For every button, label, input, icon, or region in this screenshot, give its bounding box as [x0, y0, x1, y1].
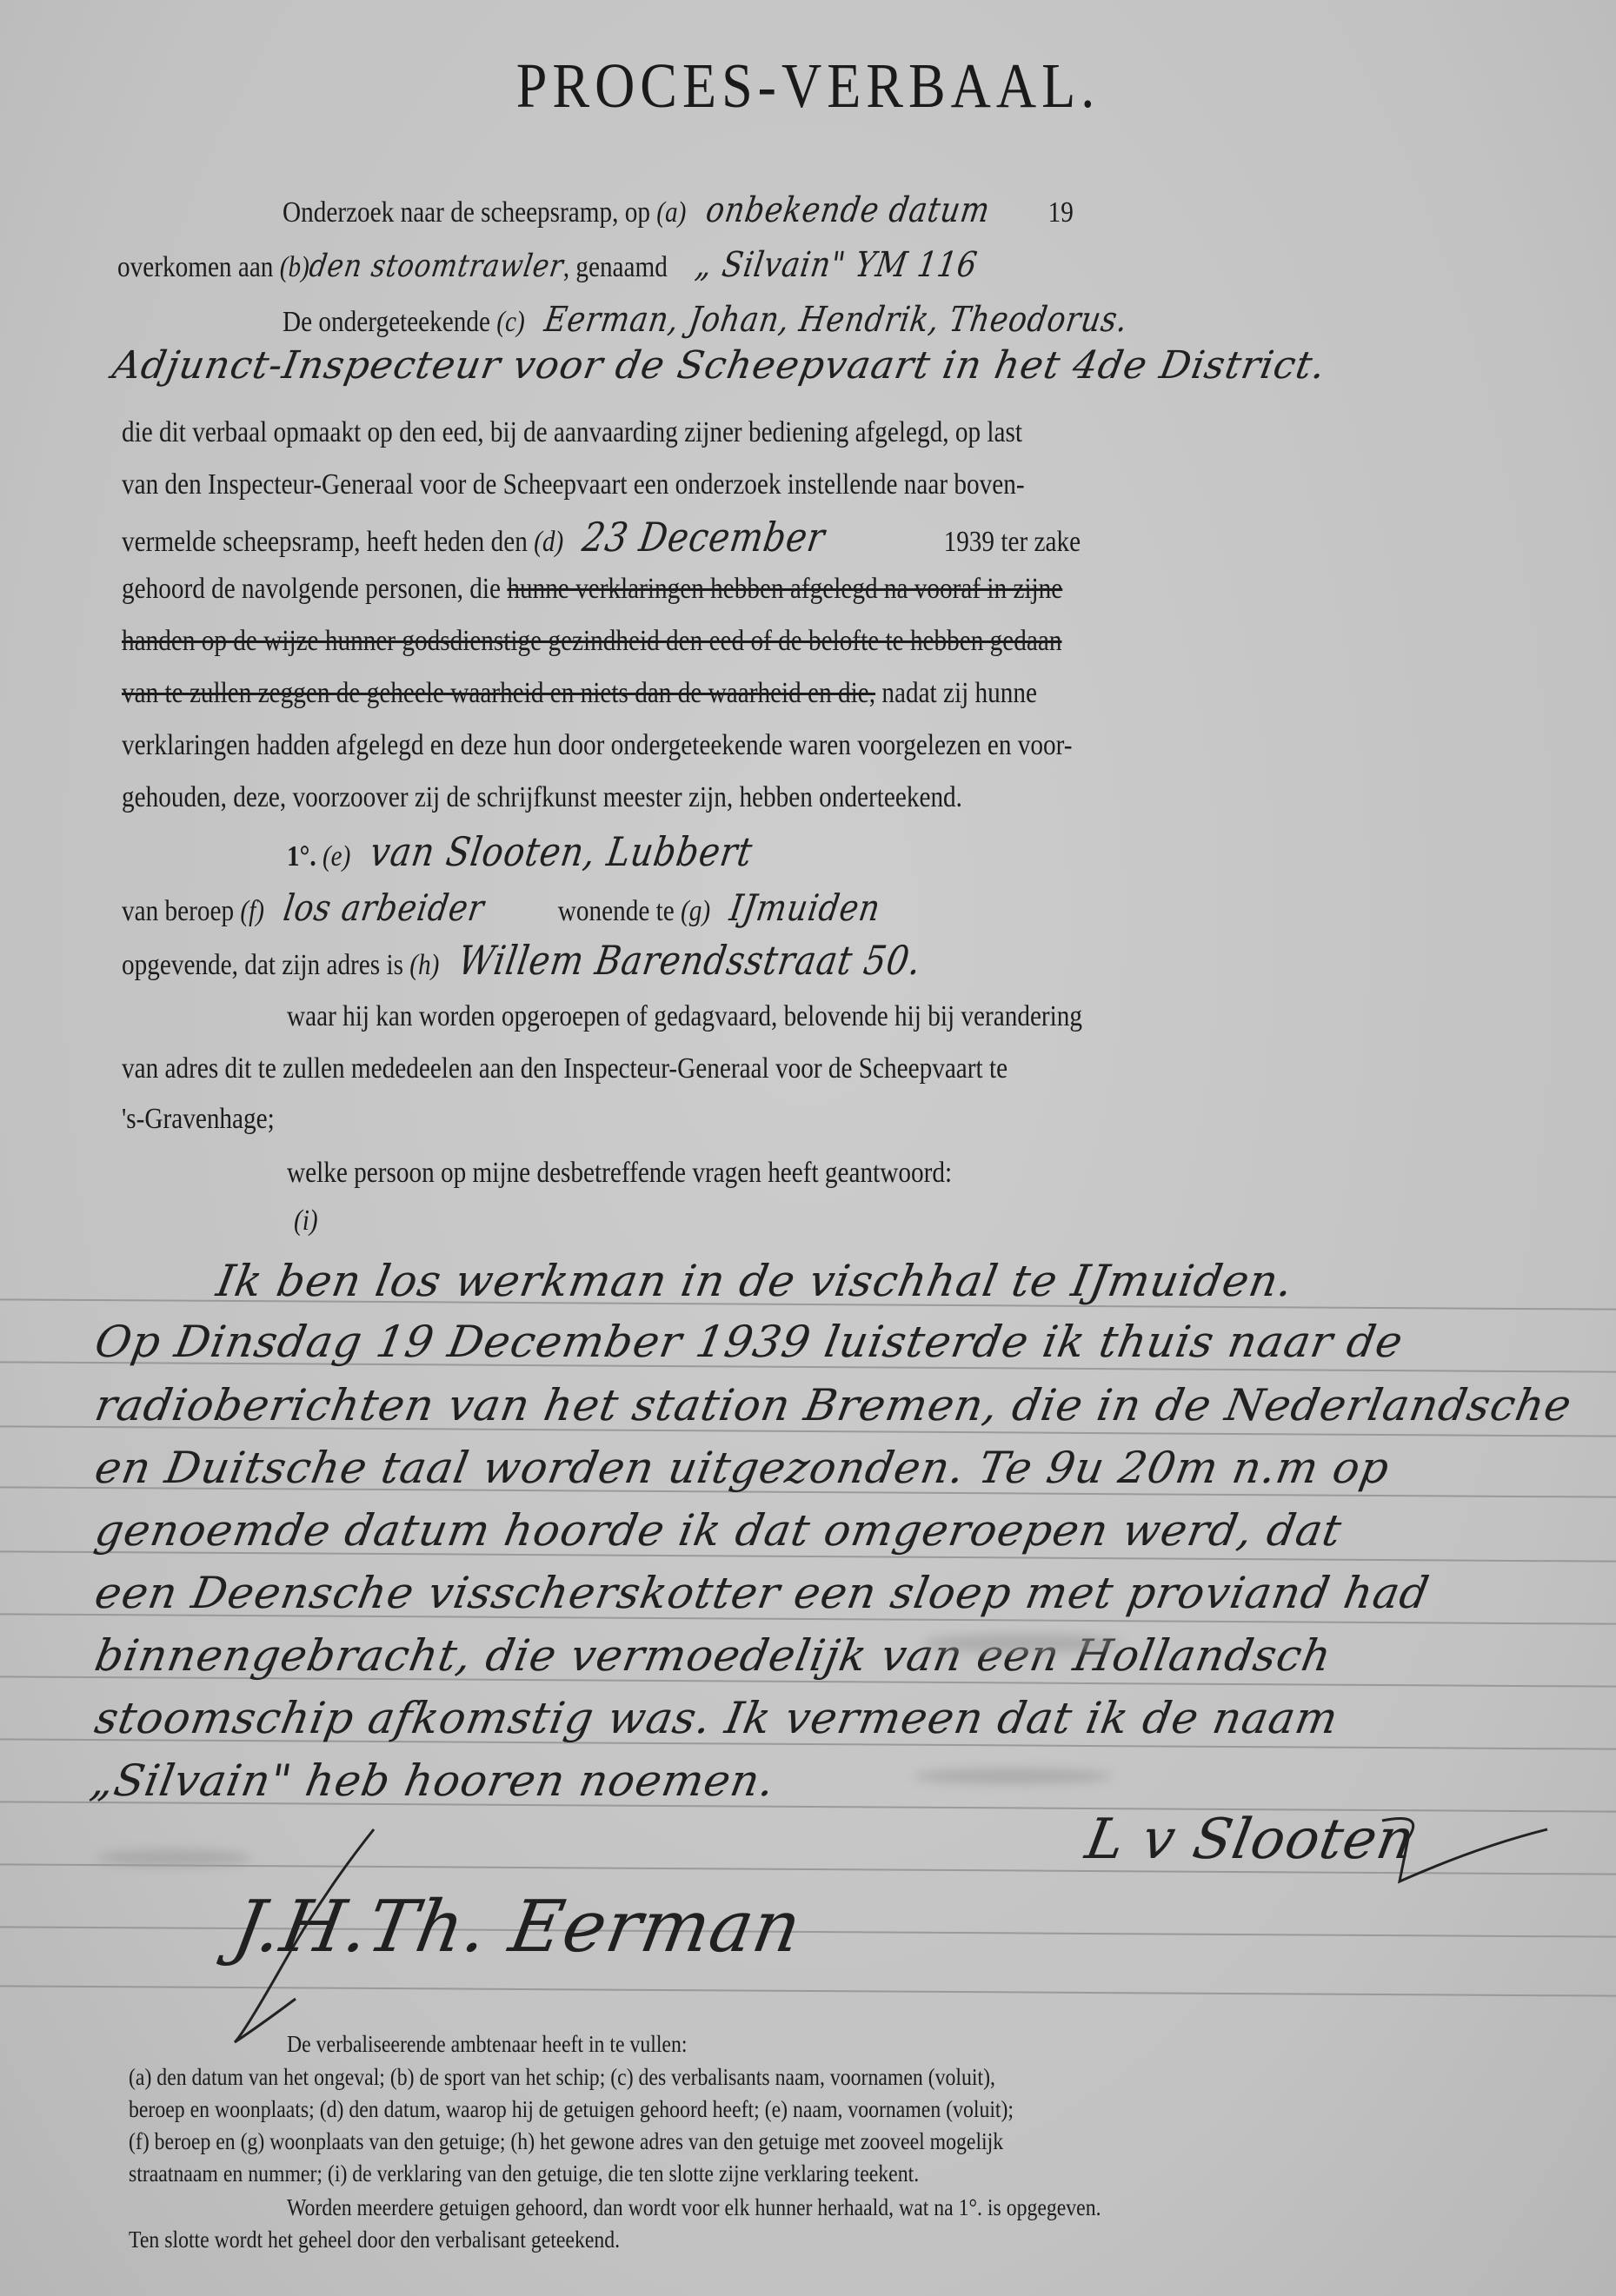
official-function-field: Adjunct-Inspecteur voor de Scheepvaart i…: [110, 343, 1330, 388]
hearing-date-field: 23 December: [581, 520, 828, 554]
witness-signature: L v Slooten: [1081, 1808, 1420, 1872]
field-marker-g: (g): [681, 895, 710, 927]
field-marker-e: (e): [323, 840, 350, 873]
field-marker-f: (f): [240, 895, 264, 927]
field-marker-h: (h): [409, 949, 439, 981]
body-line-2: van den Inspecteur-Generaal voor de Sche…: [122, 468, 1025, 502]
statement-line: „Silvain" heb hooren noemen.: [87, 1755, 779, 1806]
body-line-6: van te zullen zeggen de geheele waarheid…: [122, 676, 1037, 711]
footer-note: Worden meerdere getuigen gehoord, dan wo…: [287, 2193, 1101, 2222]
statement-line: Op Dinsdag 19 December 1939 luisterde ik…: [91, 1317, 1407, 1367]
witness-address-field: Willem Barendsstraat 50.: [456, 943, 924, 978]
ink-smudge: [913, 1768, 1113, 1784]
footer-note: Ten slotte wordt het geheel door den ver…: [129, 2225, 620, 2254]
witness-number: 1°.: [287, 840, 316, 873]
signature-flourish-icon: [1373, 1812, 1556, 1890]
body-line-1: die dit verbaal opmaakt op den eed, bij …: [122, 415, 1587, 450]
witness-occupation-line: van beroep (f) los arbeider wonende te (…: [122, 891, 880, 929]
ship-name-field: „ Silvain" YM 116: [694, 248, 980, 282]
document-page: PROCES-VERBAAL. Onderzoek naar de scheep…: [0, 0, 1616, 2296]
struck-text: van te zullen zeggen de geheele waarheid…: [122, 677, 875, 709]
footer-line: straatnaam en nummer; (i) de verklaring …: [129, 2159, 919, 2188]
witness-occupation-field: los arbeider: [282, 891, 487, 926]
header-line-incident-date: Onderzoek naar de scheepsramp, op (a) on…: [283, 193, 1074, 230]
statement-line: radioberichten van het station Bremen, d…: [91, 1380, 1576, 1430]
field-marker-b: (b): [280, 251, 309, 283]
footer-line: (f) beroep en (g) woonplaats van den get…: [129, 2127, 1003, 2156]
header-line-ship: overkomen aan (b)den stoomtrawler, genaa…: [117, 248, 977, 285]
statement-line: stoomschip afkomstig was. Ik vermeen dat…: [91, 1693, 1342, 1743]
ship-type-field: den stoomtrawler: [307, 249, 566, 284]
statement-line: genoemde datum hoorde ik dat omgeroepen …: [91, 1505, 1346, 1556]
witness-para-line-2: van adres dit te zullen mededeelen aan d…: [122, 1052, 1008, 1086]
body-line-5-struck: handen op de wijze hunner godsdienstige …: [122, 624, 1061, 659]
witness-name-field: van Slooten, Lubbert: [368, 834, 755, 869]
field-marker-c: (c): [496, 306, 524, 338]
footer-heading: De verbaliseerende ambtenaar heeft in te…: [287, 2029, 687, 2059]
field-marker-a: (a): [656, 196, 686, 229]
witness-para-line-1: waar hij kan worden opgeroepen of gedagv…: [287, 999, 1082, 1034]
footer-line: (a) den datum van het ongeval; (b) de sp…: [129, 2062, 995, 2092]
witness-address-line: opgevende, dat zijn adres is (h) Willem …: [122, 943, 921, 983]
body-line-7: verklaringen hadden afgelegd en deze hun…: [122, 728, 1073, 763]
statement-line: binnengebracht, die vermoedelijk van een…: [91, 1630, 1335, 1681]
ink-smudge: [921, 1634, 1121, 1653]
witness-residence-field: IJmuiden: [728, 891, 883, 926]
statement-line: een Deensche visscherskotter een sloep m…: [91, 1568, 1433, 1618]
incident-date-field: onbekende datum: [703, 193, 992, 228]
footer-line: beroep en woonplaats; (d) den datum, waa…: [129, 2094, 1014, 2124]
document-title: PROCES-VERBAAL.: [0, 49, 1616, 123]
statement-line: Ik ben los werkman in de vischhal te IJm…: [213, 1256, 1298, 1306]
body-line-3: vermelde scheepsramp, heeft heden den (d…: [122, 520, 1081, 560]
witness-para-answer-intro: welke persoon op mijne desbetreffende vr…: [287, 1156, 952, 1191]
official-name-field: Eerman, Johan, Hendrik, Theodorus.: [542, 302, 1129, 337]
witness-name-line: 1°. (e) van Slooten, Lubbert: [287, 834, 752, 874]
witness-para-line-3: 's-Gravenhage;: [122, 1102, 275, 1137]
signature-flourish-icon: [226, 1825, 400, 2051]
header-line-official: De ondergeteekende (c) Eerman, Johan, He…: [283, 302, 1127, 340]
body-line-8: gehouden, deze, voorzoover zij de schrij…: [122, 780, 962, 815]
hearing-year: 1939: [944, 526, 994, 558]
field-marker-i: (i): [294, 1204, 318, 1238]
struck-text: hunne verklaringen hebben afgelegd na vo…: [507, 573, 1062, 605]
statement-line: en Duitsche taal worden uitgezonden. Te …: [91, 1443, 1393, 1493]
body-line-4: gehoord de navolgende personen, die hunn…: [122, 572, 1062, 607]
field-marker-d: (d): [534, 526, 563, 558]
